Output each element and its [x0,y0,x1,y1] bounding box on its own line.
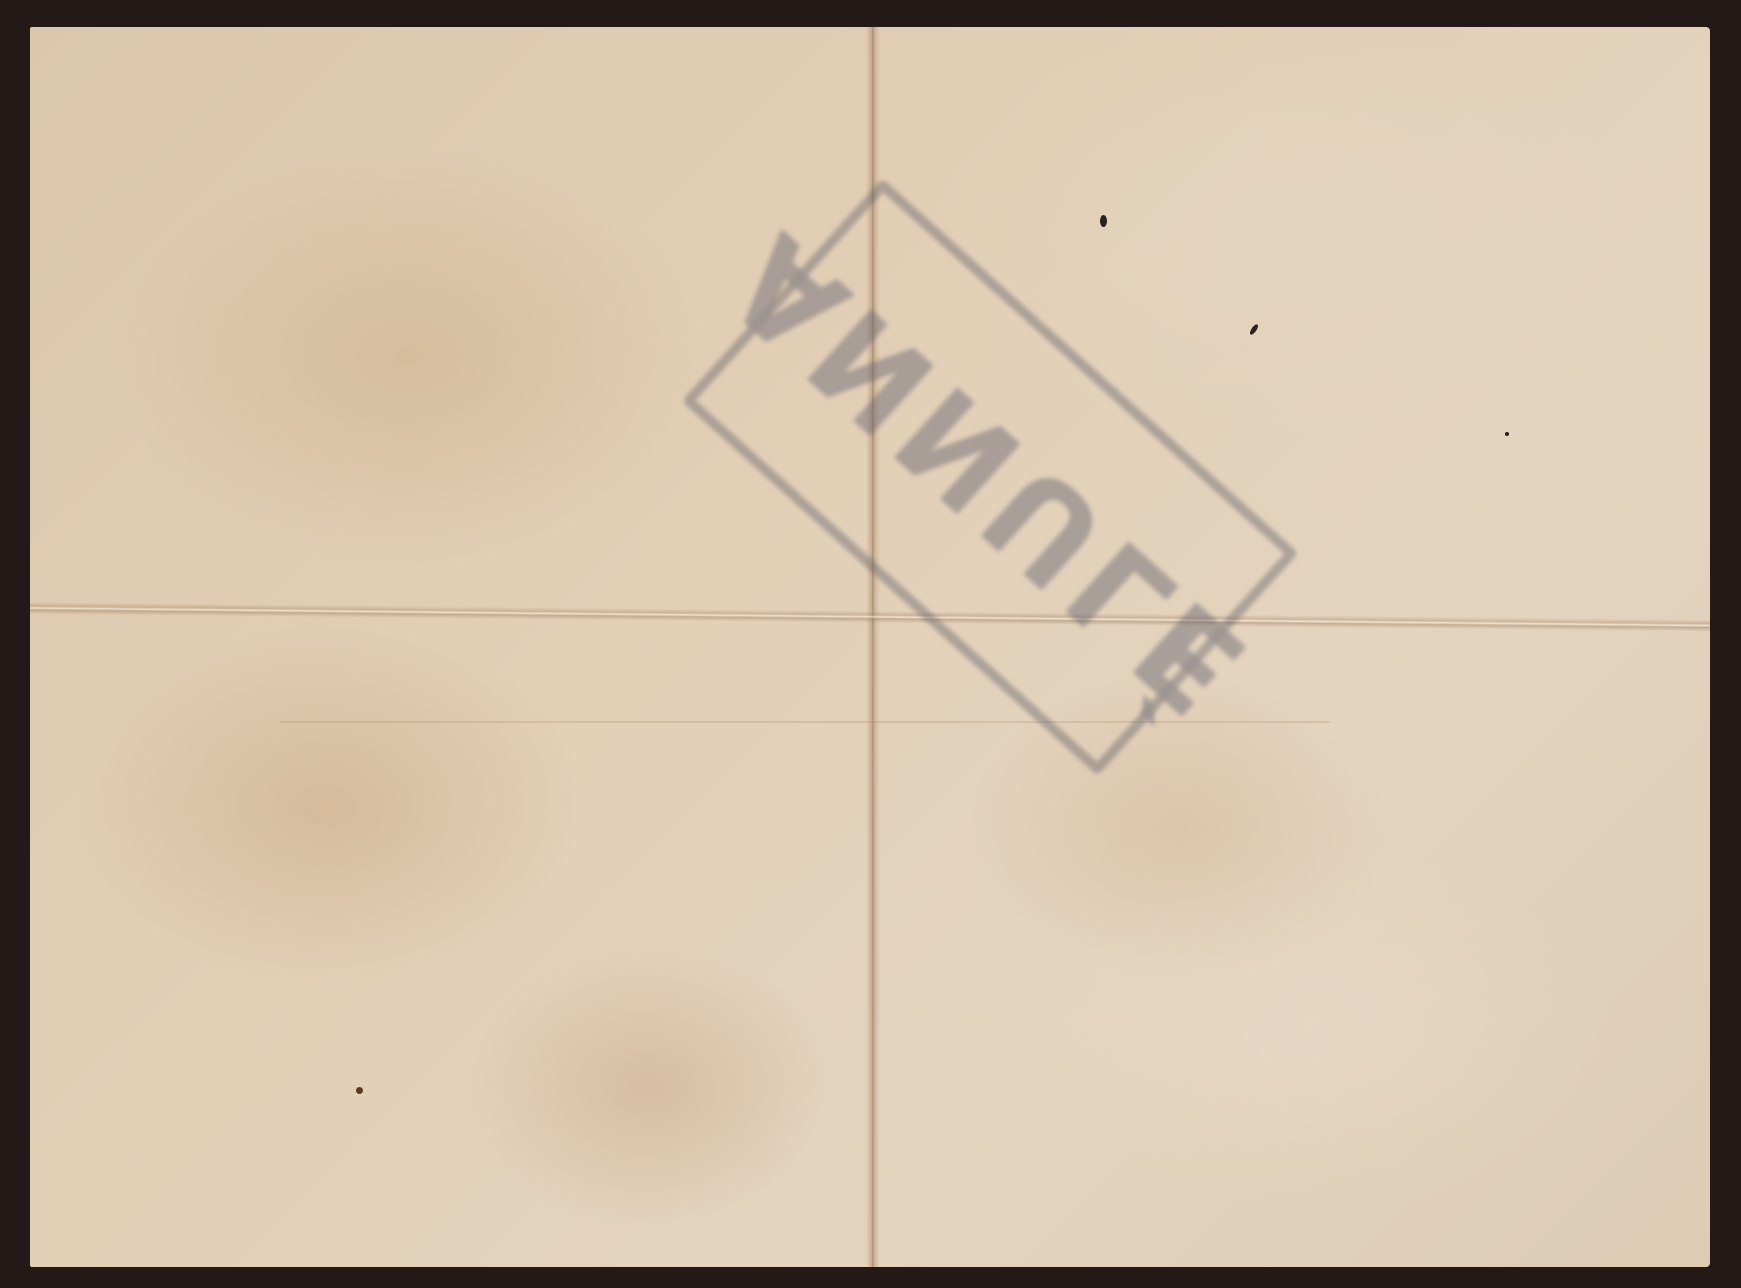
cancellation-stamp: ANNULÉ [682,178,1299,776]
perforated-edge [24,27,36,1267]
paper-sheet: ANNULÉ [30,27,1710,1267]
ink-speck [1505,432,1509,436]
ink-speck [356,1087,363,1094]
ink-speck [1100,215,1107,227]
stamp-text: ANNULÉ [682,178,1299,776]
ink-speck [1249,323,1260,336]
